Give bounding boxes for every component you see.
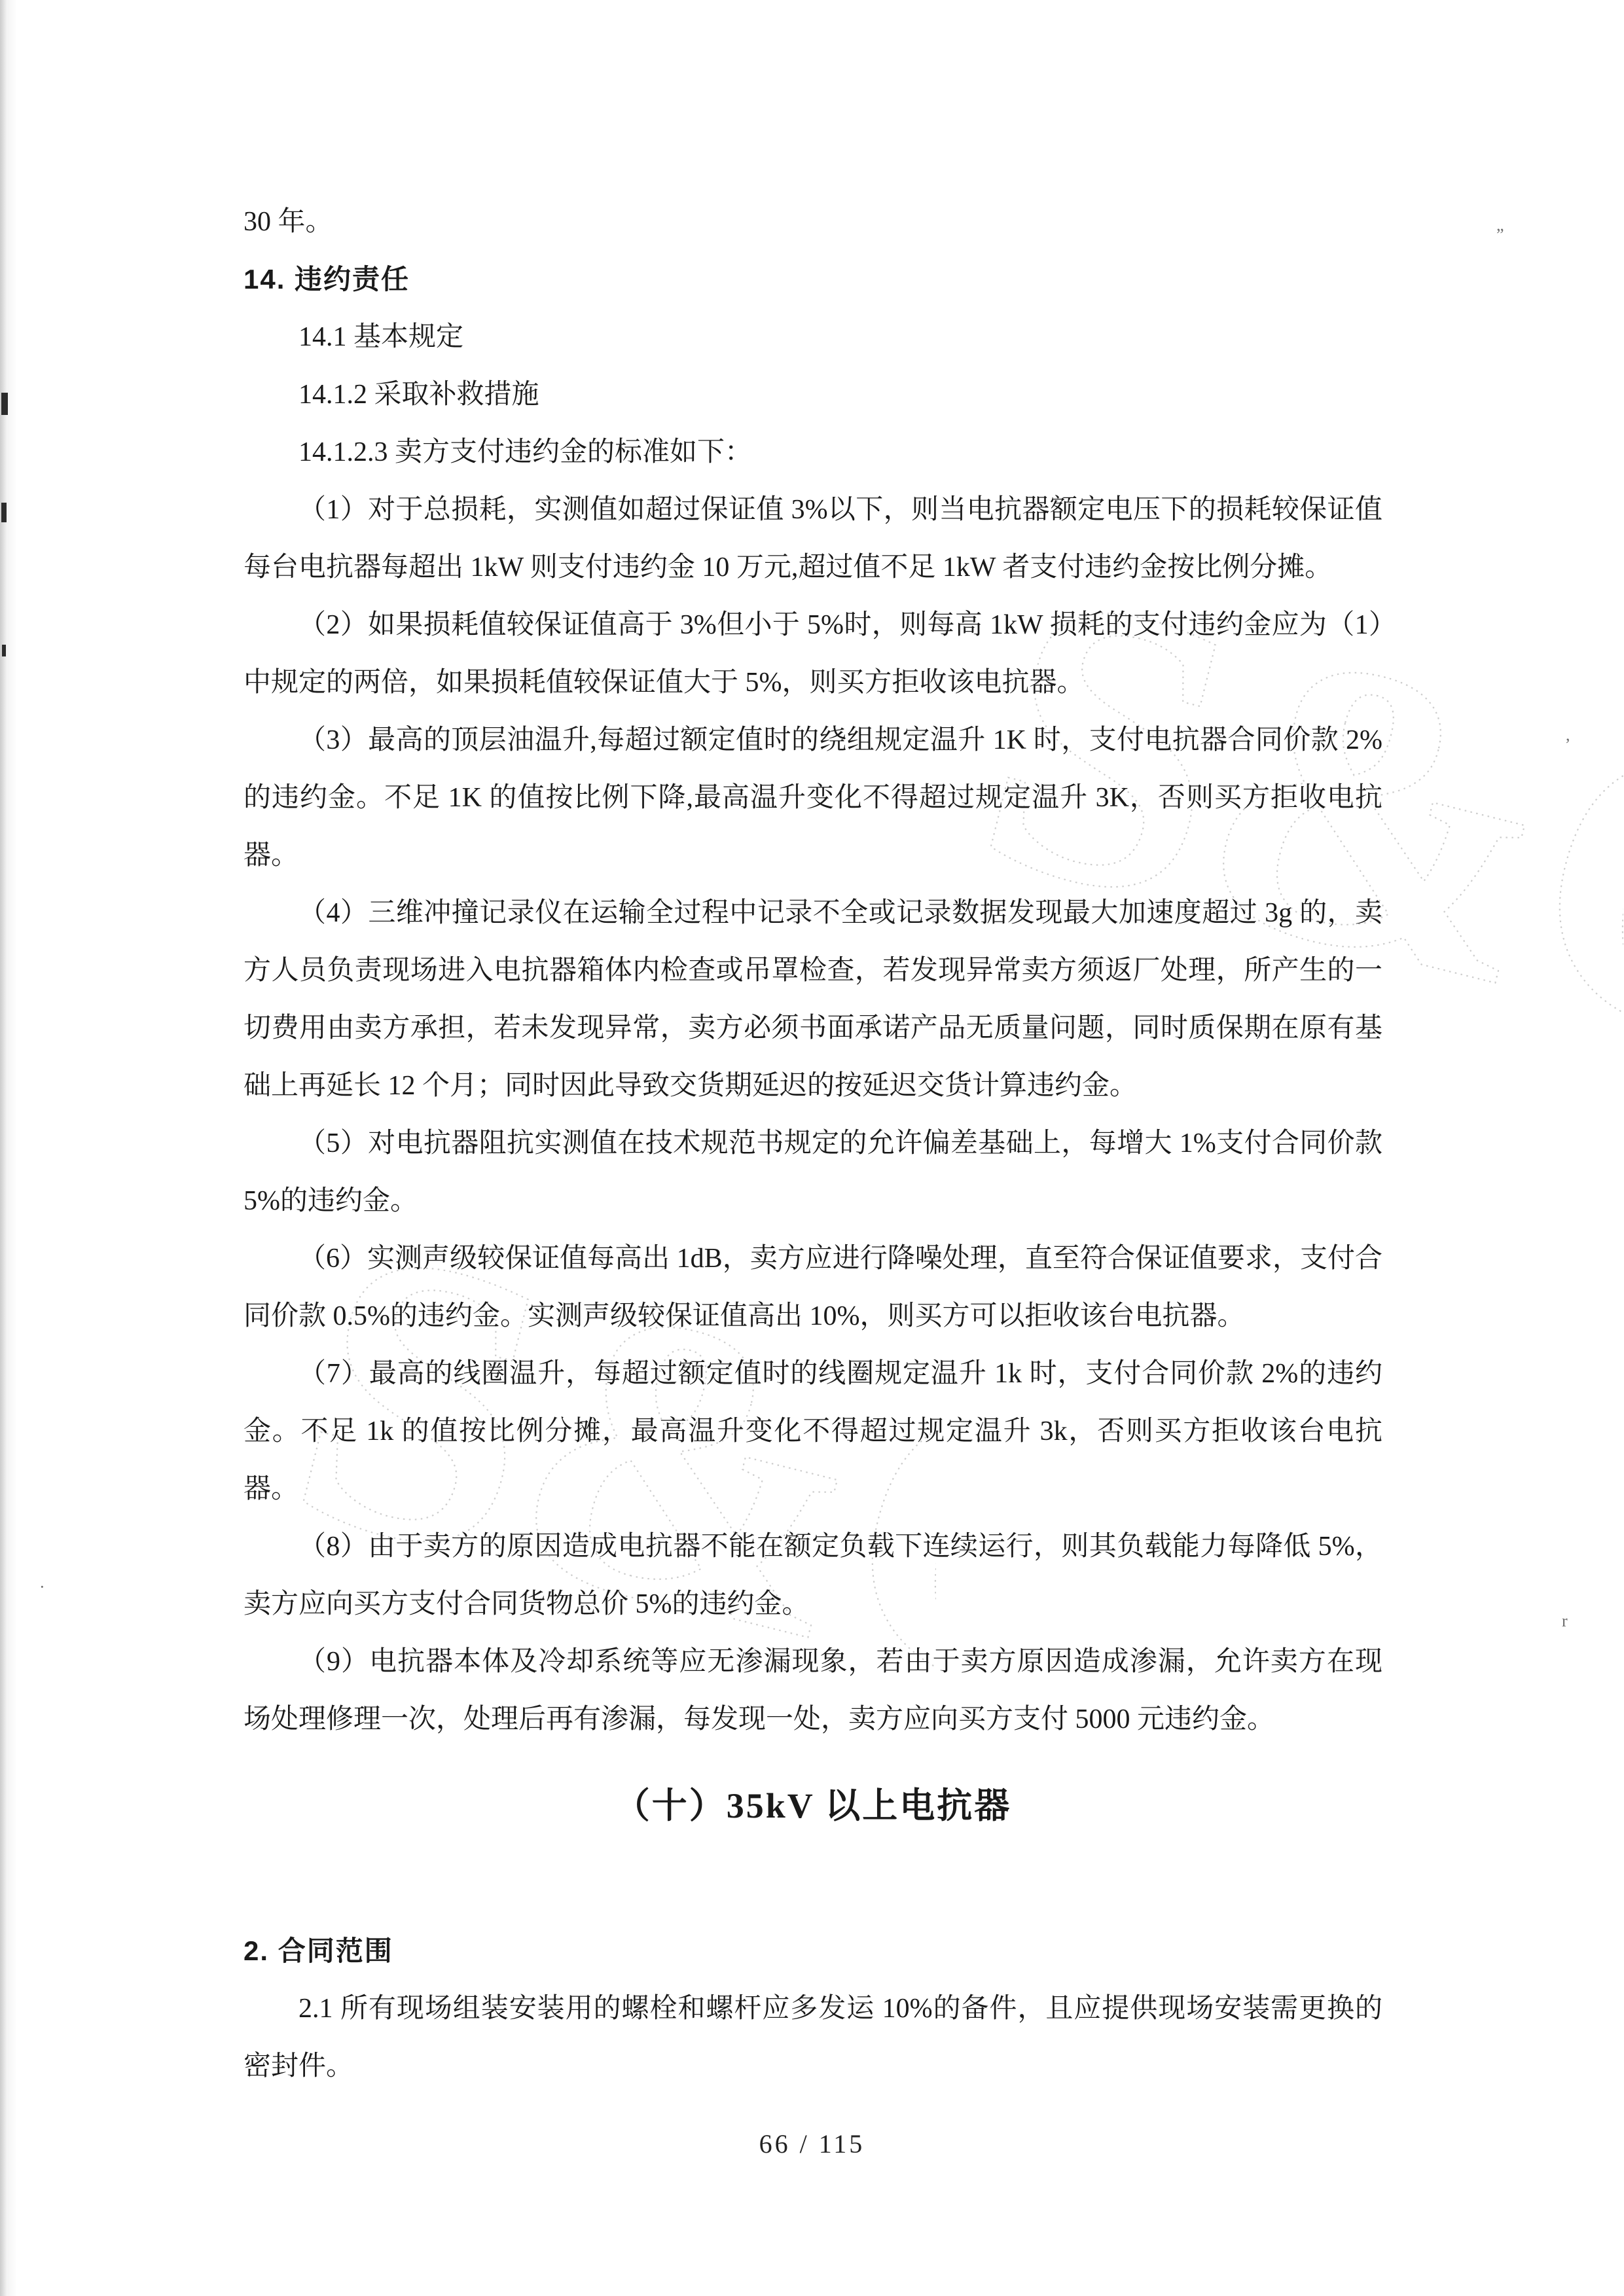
penalty-item-7: （7）最高的线圈温升，每超过额定值时的线圈规定温升 1k 时，支付合同价款 2%… [244,1345,1382,1518]
scan-speck: r [1562,1611,1568,1631]
penalty-item-3: （3）最高的顶层油温升,每超过额定值时的绕组规定温升 1K 时，支付电抗器合同价… [244,711,1382,884]
penalty-item-8: （8）由于卖方的原因造成电抗器不能在额定负载下连续运行，则其负载能力每降低 5%… [244,1518,1382,1633]
section-10-heading: （十）35kV 以上电抗器 [244,1774,1382,1837]
contract-scope-heading: 2. 合同范围 [244,1922,1382,1980]
scan-mark [1,393,8,415]
page-number: 66 / 115 [0,2128,1624,2159]
document-body: 30 年。 14. 违约责任 14.1 基本规定 14.1.2 采取补救措施 1… [244,193,1382,2095]
penalty-item-9: （9）电抗器本体及冷却系统等应无渗漏现象，若由于卖方原因造成渗漏，允许卖方在现场… [244,1633,1382,1748]
penalty-item-4: （4）三维冲撞记录仪在运输全过程中记录不全或记录数据发现最大加速度超过 3g 的… [244,884,1382,1115]
scan-speck: , [1566,725,1570,745]
scan-mark [1,503,7,522]
penalty-item-6: （6）实测声级较保证值每高出 1dB，卖方应进行降噪处理，直至符合保证值要求，支… [244,1230,1382,1345]
scan-speck: · [39,1577,45,1597]
penalty-item-2: （2）如果损耗值较保证值高于 3%但小于 5%时，则每高 1kW 损耗的支付违约… [244,596,1382,711]
section-14-1-2-3: 14.1.2.3 卖方支付违约金的标准如下： [244,423,1382,481]
penalty-item-1: （1）对于总损耗，实测值如超过保证值 3%以下，则当电抗器额定电压下的损耗较保证… [244,481,1382,596]
penalty-item-5: （5）对电抗器阻抗实测值在技术规范书规定的允许偏差基础上，每增大 1%支付合同价… [244,1115,1382,1230]
scan-edge-shadow [0,0,17,2296]
section-14-1: 14.1 基本规定 [244,308,1382,366]
section-14-heading: 14. 违约责任 [244,251,1382,308]
section-14-1-2: 14.1.2 采取补救措施 [244,366,1382,423]
continuation-line: 30 年。 [244,193,1382,251]
scanned-contract-page: ” , r · S&C S&C 30 年。 14. 违约责任 14.1 基本规定… [0,0,1624,2296]
scan-mark [2,645,6,656]
contract-scope-paragraph: 2.1 所有现场组装安装用的螺栓和螺杆应多发运 10%的备件，且应提供现场安装需… [244,1980,1382,2095]
scan-speck: ” [1496,225,1504,245]
